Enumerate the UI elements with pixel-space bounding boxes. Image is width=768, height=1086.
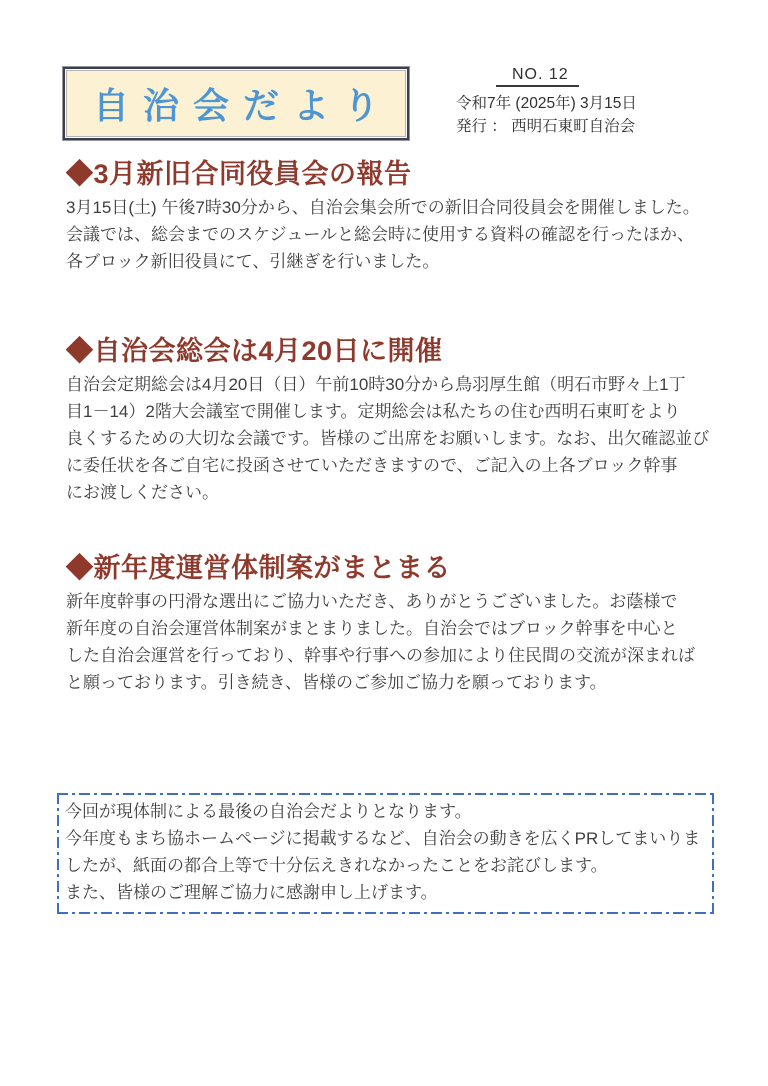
issue-date: 令和7年 (2025年) 3月15日 — [456, 92, 712, 115]
newsletter-body: ◆3月新旧合同役員会の報告 3月15日(土) 午後7時30分から、自治会集会所で… — [66, 150, 712, 914]
section-heading: ◆3月新旧合同役員会の報告 — [66, 158, 712, 190]
issue-info: NO. 12 令和7年 (2025年) 3月15日 発行 ： 西明石東町自治会 — [456, 66, 712, 138]
issue-number-row: NO. 12 — [456, 66, 712, 87]
body-line: した自治会運営を行っており、幹事や行事への参加により住民間の交流が深まれば — [66, 642, 712, 669]
body-line: 3月15日(土) 午後7時30分から、自治会集会所での新旧合同役員会を開催しまし… — [66, 194, 712, 221]
section-heading: ◆新年度運営体制案がまとまる — [66, 552, 712, 584]
closing-notice-box: 今回が現体制による最後の自治会だよりとなります。 今年度もまち協ホームページに掲… — [57, 793, 714, 914]
notice-line: したが、紙面の都合上等で十分伝えきれなかったことをお詫びします。 — [65, 852, 706, 879]
body-line: 新年度の自治会運営体制案がまとまりました。自治会ではブロック幹事を中心と — [66, 615, 712, 642]
title-banner-frame: 自治会だより — [63, 67, 409, 140]
section-general-meeting: ◆自治会総会は4月20日に開催 自治会定期総会は4月20日（日）午前10時30分… — [66, 335, 712, 506]
section-heading: ◆自治会総会は4月20日に開催 — [66, 335, 712, 367]
section-new-year-organization: ◆新年度運営体制案がまとまる 新年度幹事の円滑な選出にご協力いただき、ありがとう… — [66, 552, 712, 696]
newsletter-page: 自治会だより NO. 12 令和7年 (2025年) 3月15日 発行 ： 西明… — [0, 0, 768, 1086]
body-line: 各ブロック新旧役員にて、引継ぎを行いました。 — [66, 248, 712, 275]
body-line: に委任状を各ご自宅に投函させていただきますので、ご記入の上各ブロック幹事 — [66, 452, 712, 479]
body-line: 良くするための大切な会議です。皆様のご出席をお願いします。なお、出欠確認並び — [66, 425, 712, 452]
title-banner-inner: 自治会だより — [66, 70, 406, 137]
notice-line: また、皆様のご理解ご協力に感謝申し上げます。 — [65, 879, 706, 906]
notice-line: 今回が現体制による最後の自治会だよりとなります。 — [65, 798, 706, 825]
section-board-meeting-report: ◆3月新旧合同役員会の報告 3月15日(土) 午後7時30分から、自治会集会所で… — [66, 158, 712, 275]
body-line: 自治会定期総会は4月20日（日）午前10時30分から鳥羽厚生館（明石市野々上1丁 — [66, 371, 712, 398]
notice-line: 今年度もまち協ホームページに掲載するなど、自治会の動きを広くPRしてまいりま — [65, 825, 706, 852]
title-banner: 自治会だより — [62, 66, 410, 141]
body-line: 会議では、総会までのスケジュールと総会時に使用する資料の確認を行ったほか、 — [66, 221, 712, 248]
newsletter-title: 自治会だより — [79, 78, 393, 129]
body-line: と願っております。引き続き、皆様のご参加ご協力を願っております。 — [66, 669, 712, 696]
issue-number: NO. 12 — [496, 66, 579, 87]
publisher-line: 発行 ： 西明石東町自治会 — [456, 115, 712, 138]
body-line: 目1－14）2階大会議室で開催します。定期総会は私たちの住む西明石東町をより — [66, 398, 712, 425]
body-line: 新年度幹事の円滑な選出にご協力いただき、ありがとうございました。お蔭様で — [66, 588, 712, 615]
body-line: にお渡しください。 — [66, 479, 712, 506]
